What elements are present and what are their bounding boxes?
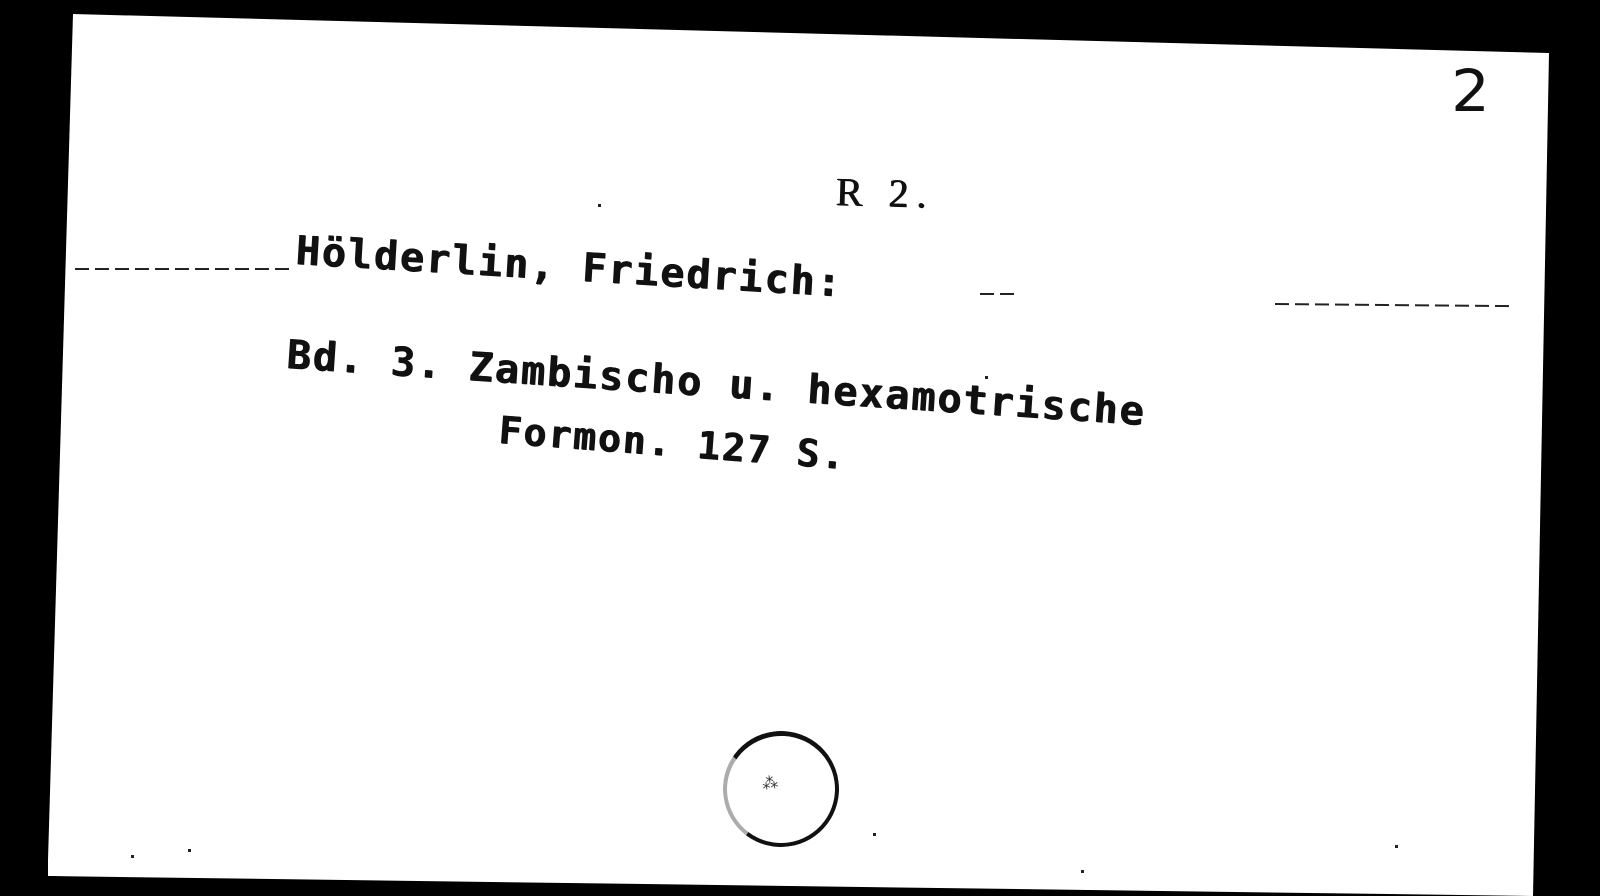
stamp-mark: ⁂ xyxy=(761,773,778,794)
guide-line-left xyxy=(75,268,295,270)
page-number: 2 xyxy=(1451,62,1490,120)
speck xyxy=(1081,870,1084,873)
guide-line-right xyxy=(1275,303,1515,307)
speck xyxy=(1395,845,1398,848)
scan-background: 2 R 2. Hölderlin, Friedrich: Bd. 3. Zamb… xyxy=(0,0,1600,896)
speck xyxy=(131,855,134,858)
guide-line-mid xyxy=(980,293,1020,295)
speck xyxy=(598,204,601,207)
speck xyxy=(188,849,191,852)
call-number: R 2. xyxy=(835,168,935,218)
speck xyxy=(873,833,876,836)
